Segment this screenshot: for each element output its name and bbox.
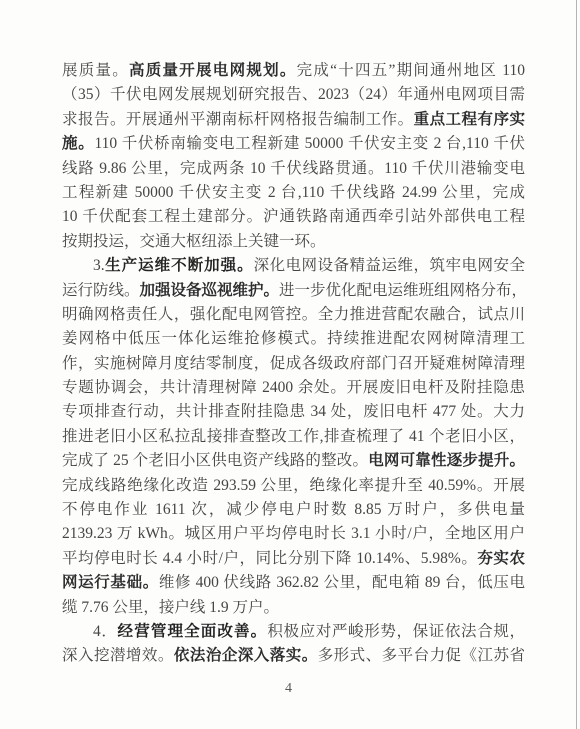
text-line: 网运行基础。维修 400 伏线路 362.82 公里，配电箱 89 台，低压电	[62, 571, 525, 595]
emphasis-run: 重点工程有序实	[414, 111, 525, 128]
text-line: 线路 9.86 公里，完成两条 10 千伏线路贯通。110 千伏川港输变电	[62, 157, 525, 181]
text-line: 专项排查行动，共计排查附挂隐患 34 处，废旧电杆 477 处。大力	[62, 400, 525, 424]
body-text-run: 不停电作业 1611 次，减少停电户时数 8.85 万时户，多供电量	[62, 501, 525, 518]
body-text-run: 完成线路绝缘化改造 293.59 公里，绝缘化率提升至 40.59%。开展	[62, 477, 525, 494]
text-line: 3.生产运维不断加强。深化电网设备精益运维，筑牢电网安全	[62, 254, 525, 278]
text-line: （35）千伏电网发展规划研究报告、2023（24）年通州电网项目需	[62, 83, 525, 107]
body-text-run: 深化电网设备精益运维，筑牢电网安全	[254, 257, 525, 274]
body-text-run: 深入挖潜增效。	[62, 647, 174, 664]
body-text-run: 完成了 25 个老旧小区供电资产线路的整改。	[62, 452, 368, 469]
body-text-run: 求报告。开展通州平潮南标杆网格报告编制工作。	[62, 111, 414, 128]
text-line: 不停电作业 1611 次，减少停电户时数 8.85 万时户，多供电量	[62, 498, 525, 522]
emphasis-run: 电网可靠性逐步提升。	[368, 452, 525, 469]
body-text-run: 专项排查行动，共计排查附挂隐患 34 处，废旧电杆 477 处。大力	[62, 403, 525, 420]
text-line: 按期投运，交通大枢纽添上关键一环。	[62, 230, 525, 254]
text-line: 缆 7.76 公里，接户线 1.9 万户。	[62, 596, 525, 620]
body-text-run: 明确网格责任人，强化配电网管控。全力推进营配农融合，试点川	[62, 306, 525, 323]
body-text-run: 进一步优化配电运维班组网格分布，	[279, 282, 527, 299]
text-line: 完成了 25 个老旧小区供电资产线路的整改。电网可靠性逐步提升。	[62, 449, 525, 473]
text-line: 求报告。开展通州平潮南标杆网格报告编制工作。重点工程有序实	[62, 108, 525, 132]
body-text-run: 3.	[93, 257, 105, 274]
text-line: 明确网格责任人，强化配电网管控。全力推进营配农融合，试点川	[62, 303, 525, 327]
body-text-run: 维修 400 伏线路 362.82 公里，配电箱 89 台，低压电	[159, 574, 525, 591]
body-text-run: 专题协调会，共计清理树障 2400 余处。开展废旧电杆及附挂隐患	[62, 379, 525, 396]
body-text-run: 按期投运，交通大枢纽添上关键一环。	[62, 233, 326, 250]
text-line: 10 千伏配套工程土建部分。沪通铁路南通西牵引站外部供电工程	[62, 205, 525, 229]
text-line: 姜网格中低压一体化运维抢修模式。持续推进配农网树障清理工	[62, 327, 525, 351]
body-text-run: 缆 7.76 公里，接户线 1.9 万户。	[62, 599, 279, 616]
body-text-run: 作，实施树障月度结零制度，促成各级政府部门召开疑难树障清理	[62, 355, 525, 372]
body-text-run: 10 千伏配套工程土建部分。沪通铁路南通西牵引站外部供电工程	[62, 208, 525, 225]
text-line: 推进老旧小区私拉乱接排查整改工作,排查梳理了 41 个老旧小区，	[62, 425, 525, 449]
text-line: 深入挖潜增效。依法治企深入落实。多形式、多平台力促《江苏省	[62, 644, 525, 668]
body-text-run: 推进老旧小区私拉乱接排查整改工作,排查梳理了 41 个老旧小区，	[62, 428, 525, 445]
body-text-run: 平均停电时长 4.4 小时/户，同比分别下降 10.14%、5.98%。	[62, 550, 477, 567]
text-line: 工程新建 50000 千伏安主变 2 台,110 千伏线路 24.99 公里，完…	[62, 181, 525, 205]
body-text-run: 2139.23 万 kWh。城区用户平均停电时长 3.1 小时/户，全地区用户	[62, 525, 525, 542]
page-number: 4	[0, 681, 577, 697]
text-line: 平均停电时长 4.4 小时/户，同比分别下降 10.14%、5.98%。夯实农	[62, 547, 525, 571]
section-heading-run: 经营管理全面改善。	[118, 623, 268, 640]
emphasis-run: 网运行基础。	[62, 574, 159, 591]
text-line: 施。110 千伏桥南输变电工程新建 50000 千伏安主变 2 台,110 千伏	[62, 132, 525, 156]
text-line: 展质量。高质量开展电网规划。完成“十四五”期间通州地区 110	[62, 59, 525, 83]
body-text-run: 积极应对严峻形势，保证依法合规，	[267, 623, 525, 640]
text-line: 完成线路绝缘化改造 293.59 公里，绝缘化率提升至 40.59%。开展	[62, 474, 525, 498]
text-line: 4．经营管理全面改善。积极应对严峻形势，保证依法合规，	[62, 620, 525, 644]
document-body: 展质量。高质量开展电网规划。完成“十四五”期间通州地区 110（35）千伏电网发…	[62, 59, 525, 669]
emphasis-run: 依法治企深入落实。	[174, 647, 318, 664]
emphasis-run: 高质量开展电网规划。	[129, 62, 297, 79]
body-text-run: 110 千伏桥南输变电工程新建 50000 千伏安主变 2 台,110 千伏	[94, 135, 525, 152]
body-text-run: 姜网格中低压一体化运维抢修模式。持续推进配农网树障清理工	[62, 330, 525, 347]
section-heading-run: 生产运维不断加强。	[105, 257, 254, 274]
body-text-run: （35）千伏电网发展规划研究报告、2023（24）年通州电网项目需	[62, 86, 525, 103]
page-edge-line	[576, 0, 577, 729]
body-text-run: 运行防线。	[62, 282, 140, 299]
body-text-run: 4．	[93, 623, 118, 640]
emphasis-run: 夯实农	[477, 550, 525, 567]
document-page: 展质量。高质量开展电网规划。完成“十四五”期间通州地区 110（35）千伏电网发…	[0, 0, 580, 729]
text-line: 作，实施树障月度结零制度，促成各级政府部门召开疑难树障清理	[62, 352, 525, 376]
emphasis-run: 施。	[62, 135, 94, 152]
body-text-run: 线路 9.86 公里，完成两条 10 千伏线路贯通。110 千伏川港输变电	[62, 160, 525, 177]
body-text-run: 完成“十四五”期间通州地区 110	[297, 62, 525, 79]
body-text-run: 工程新建 50000 千伏安主变 2 台,110 千伏线路 24.99 公里，完…	[62, 184, 525, 201]
text-line: 运行防线。加强设备巡视维护。进一步优化配电运维班组网格分布，	[62, 279, 525, 303]
text-line: 专题协调会，共计清理树障 2400 余处。开展废旧电杆及附挂隐患	[62, 376, 525, 400]
body-text-run: 多形式、多平台力促《江苏省	[318, 647, 525, 664]
body-text-run: 展质量。	[62, 62, 129, 79]
text-line: 2139.23 万 kWh。城区用户平均停电时长 3.1 小时/户，全地区用户	[62, 522, 525, 546]
emphasis-run: 加强设备巡视维护。	[140, 282, 280, 299]
